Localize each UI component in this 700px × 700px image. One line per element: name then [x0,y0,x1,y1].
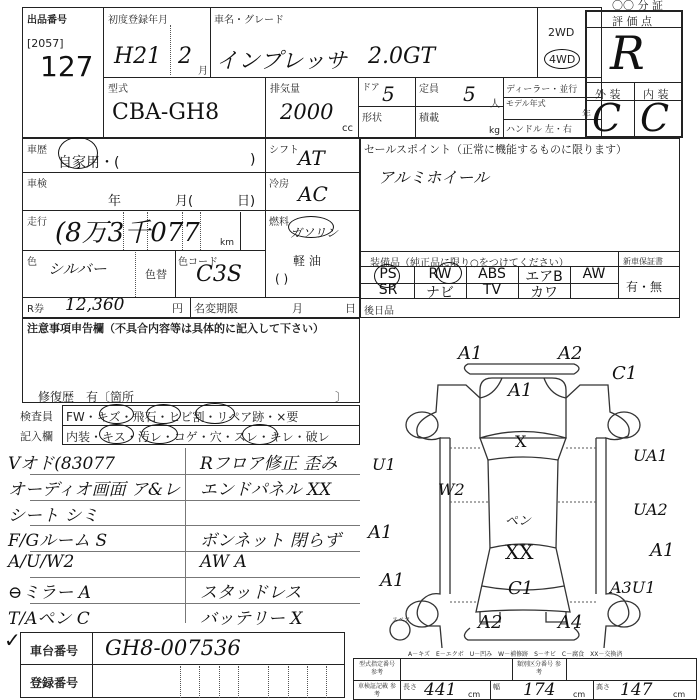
type-cert-label: 型式指定番号 参考 [356,661,398,677]
shape-label: 形状 [362,109,382,124]
interior-grade: C [640,96,669,140]
displacement-unit: cc [342,123,353,134]
mark-roof: X [515,432,526,451]
registration-label: 登録番号 [30,674,78,691]
sales-points-label: セールスポイント（正常に機能するものに限ります） [364,141,627,157]
inspector-note-line: ボンネット 閉らず [200,526,341,551]
equipment-tv: TV [466,282,518,298]
mark-rear-bumper-right: A4 [558,612,582,633]
ref-label: 車検証記載 参考 [356,683,398,699]
width-unit: cm [573,690,585,699]
vehicle-name-label: 車名・グレード [214,11,284,26]
height-label: 高さ [596,682,610,692]
inspection-day-unit: 日) [237,190,255,209]
inspector-note-line: F/Gルーム S [8,526,107,551]
width-label: 幅 [493,682,500,692]
fuel-label: 燃料 [269,213,289,228]
fuel-other: ( ) [275,272,288,286]
mark-front-bumper-left: A1 [458,343,482,364]
month-unit: 月 [198,62,208,77]
mark-hood: A1 [508,380,532,401]
length-value: 441 [424,680,456,700]
lot-label: 出品番号 [27,11,67,26]
equipment-aw: AW [570,266,618,282]
mark-left-rear-corner: A1 [380,570,404,591]
mark-right-rear-quarter: A1 [650,540,674,561]
inspection-year-unit: 年 [108,190,121,209]
doors-label: ドア [362,80,380,93]
model-year-label: モデル年式 [506,99,546,108]
aircon-label: 冷房 [269,175,289,190]
length-unit: cm [468,690,480,699]
width-value: 174 [523,680,555,700]
color-code: C3S [196,262,242,287]
drive-4wd-circle [544,49,580,69]
recycle-unit: 円 [172,300,183,316]
capacity-label: 定員 [419,80,439,95]
mark-rear-panel: ペン [505,510,531,529]
mark-right-rear-door: UA2 [633,500,668,519]
inspection-month-unit: 月( [175,190,193,209]
first-registration-month: 2 [178,44,192,69]
drive-2wd: 2WD [548,26,574,39]
inspector-note-line: スタッドレス [200,578,302,603]
length-label: 長さ [403,682,417,692]
vehicle-grade: 2.0GT [368,44,435,69]
sales-points-value: アルミホイール [378,165,489,188]
chassis-label: 車台番号 [30,642,78,659]
shift-label: シフト [269,141,299,156]
grade-score: R [610,26,645,80]
mark-left-rear-quarter: A1 [368,522,392,543]
lot-number: 127 [40,50,93,83]
history-label: 車歴 [27,141,47,156]
fuel-diesel: 軽 油 [293,252,321,269]
inspector-note-line: A/U/W2 [8,552,74,572]
mark-front-bumper-right: A2 [558,343,582,364]
inspector-note-line: Rフロア修正 歪み [200,449,337,474]
inspector-note-line: T/Aペン C [8,604,90,629]
recycle-value: 12,360 [65,295,124,315]
mark-left-rear-door: W2 [438,480,465,499]
inspector-note-line: ⊖ミラー A [8,578,91,603]
height-value: 147 [620,680,652,700]
color-value: シルバー [48,258,107,279]
load-unit: kg [489,126,500,136]
inspector-note-line: シート シミ [8,501,98,526]
equipment-abs: ABS [466,266,518,282]
mark-right-rear-corner: A3U1 [610,578,655,597]
repair-history: 修復歴 有〔箇所 [38,388,134,405]
capacity-unit: 人 [490,95,500,110]
first-registration-label: 初度登録年月 [108,11,168,26]
damage-legend: A－キズ E－エクボ U－凹み W－補修跡 S－サビ C－腐食 XX－交換済 [408,649,622,658]
height-unit: cm [673,690,685,699]
capacity-value: 5 [463,82,476,106]
mileage-unit: km [220,238,234,248]
name-change-day: 日 [345,300,356,316]
mileage-value: (8万3千077 [55,212,200,249]
chassis-checkmark: ✓ [4,628,21,652]
notes-label: 注意事項申告欄（不具合内容等は具体的に記入して下さい） [27,320,324,336]
inspector-note-line: エンドパネル XX [200,475,331,500]
equipment-ps-circle [374,264,400,288]
warranty-value: 有・無 [626,278,662,295]
mark-rear-bumper-left: A2 [478,612,502,633]
repair-close: 〕 [335,388,347,405]
vehicle-name: インプレッサ [216,44,347,75]
name-change-month: 月 [292,300,303,316]
spare-label: スペア [392,615,410,624]
color-label: 色 [27,253,37,268]
history-close: ) [250,152,255,168]
class-label: 類別区分番号 参考 [515,661,563,677]
mark-tail-panel: C1 [508,578,533,599]
dealer-label: ディーラー・並行 [506,82,577,95]
aircon-value: AC [298,182,328,206]
displacement-label: 排気量 [270,80,300,95]
inspector-note-line: オーディオ画面 ア&レ [8,475,180,500]
model-label: 型式 [108,80,128,95]
inspector-note-line: バッテリー X [200,604,303,629]
mark-front-right-fender: C1 [612,363,637,384]
mark-right-front-door: UA1 [633,446,668,465]
displacement-value: 2000 [280,100,333,124]
model-value: CBA-GH8 [112,100,219,125]
exterior-grade: C [592,96,621,140]
equipment-rw-circle [436,262,462,284]
repaint-label: 色替 [145,266,167,282]
inspector-note-line: Vオド(83077 [8,449,115,474]
inspection-label: 車検 [27,175,47,190]
first-registration-year: H21 [114,44,161,69]
recycle-label: R券 [27,300,44,315]
mark-trunk: XX [505,540,533,564]
car-diagram [360,330,700,650]
equipment-leather: カワ [518,282,570,302]
equipment-navi: ナビ [414,282,466,302]
chassis-value: GH8-007536 [105,636,241,660]
mileage-label: 走行 [27,213,47,228]
name-change-label: 名変期限 [194,300,238,316]
inspector-label-2: 記入欄 [20,428,53,444]
later-items-label: 後日品 [364,302,394,317]
load-label: 積載 [419,109,439,124]
handle-label: ハンドル 左・右 [506,122,572,135]
inspector-label-1: 検査員 [20,408,53,424]
fuel-circle [288,216,334,238]
doors-value: 5 [382,82,395,106]
lot-sub-code: [2057] [27,37,64,50]
inspector-note-line: AW A [200,552,247,572]
shift-value: AT [298,146,325,170]
history-circle [58,137,98,169]
mark-left-front-door: U1 [372,455,396,474]
